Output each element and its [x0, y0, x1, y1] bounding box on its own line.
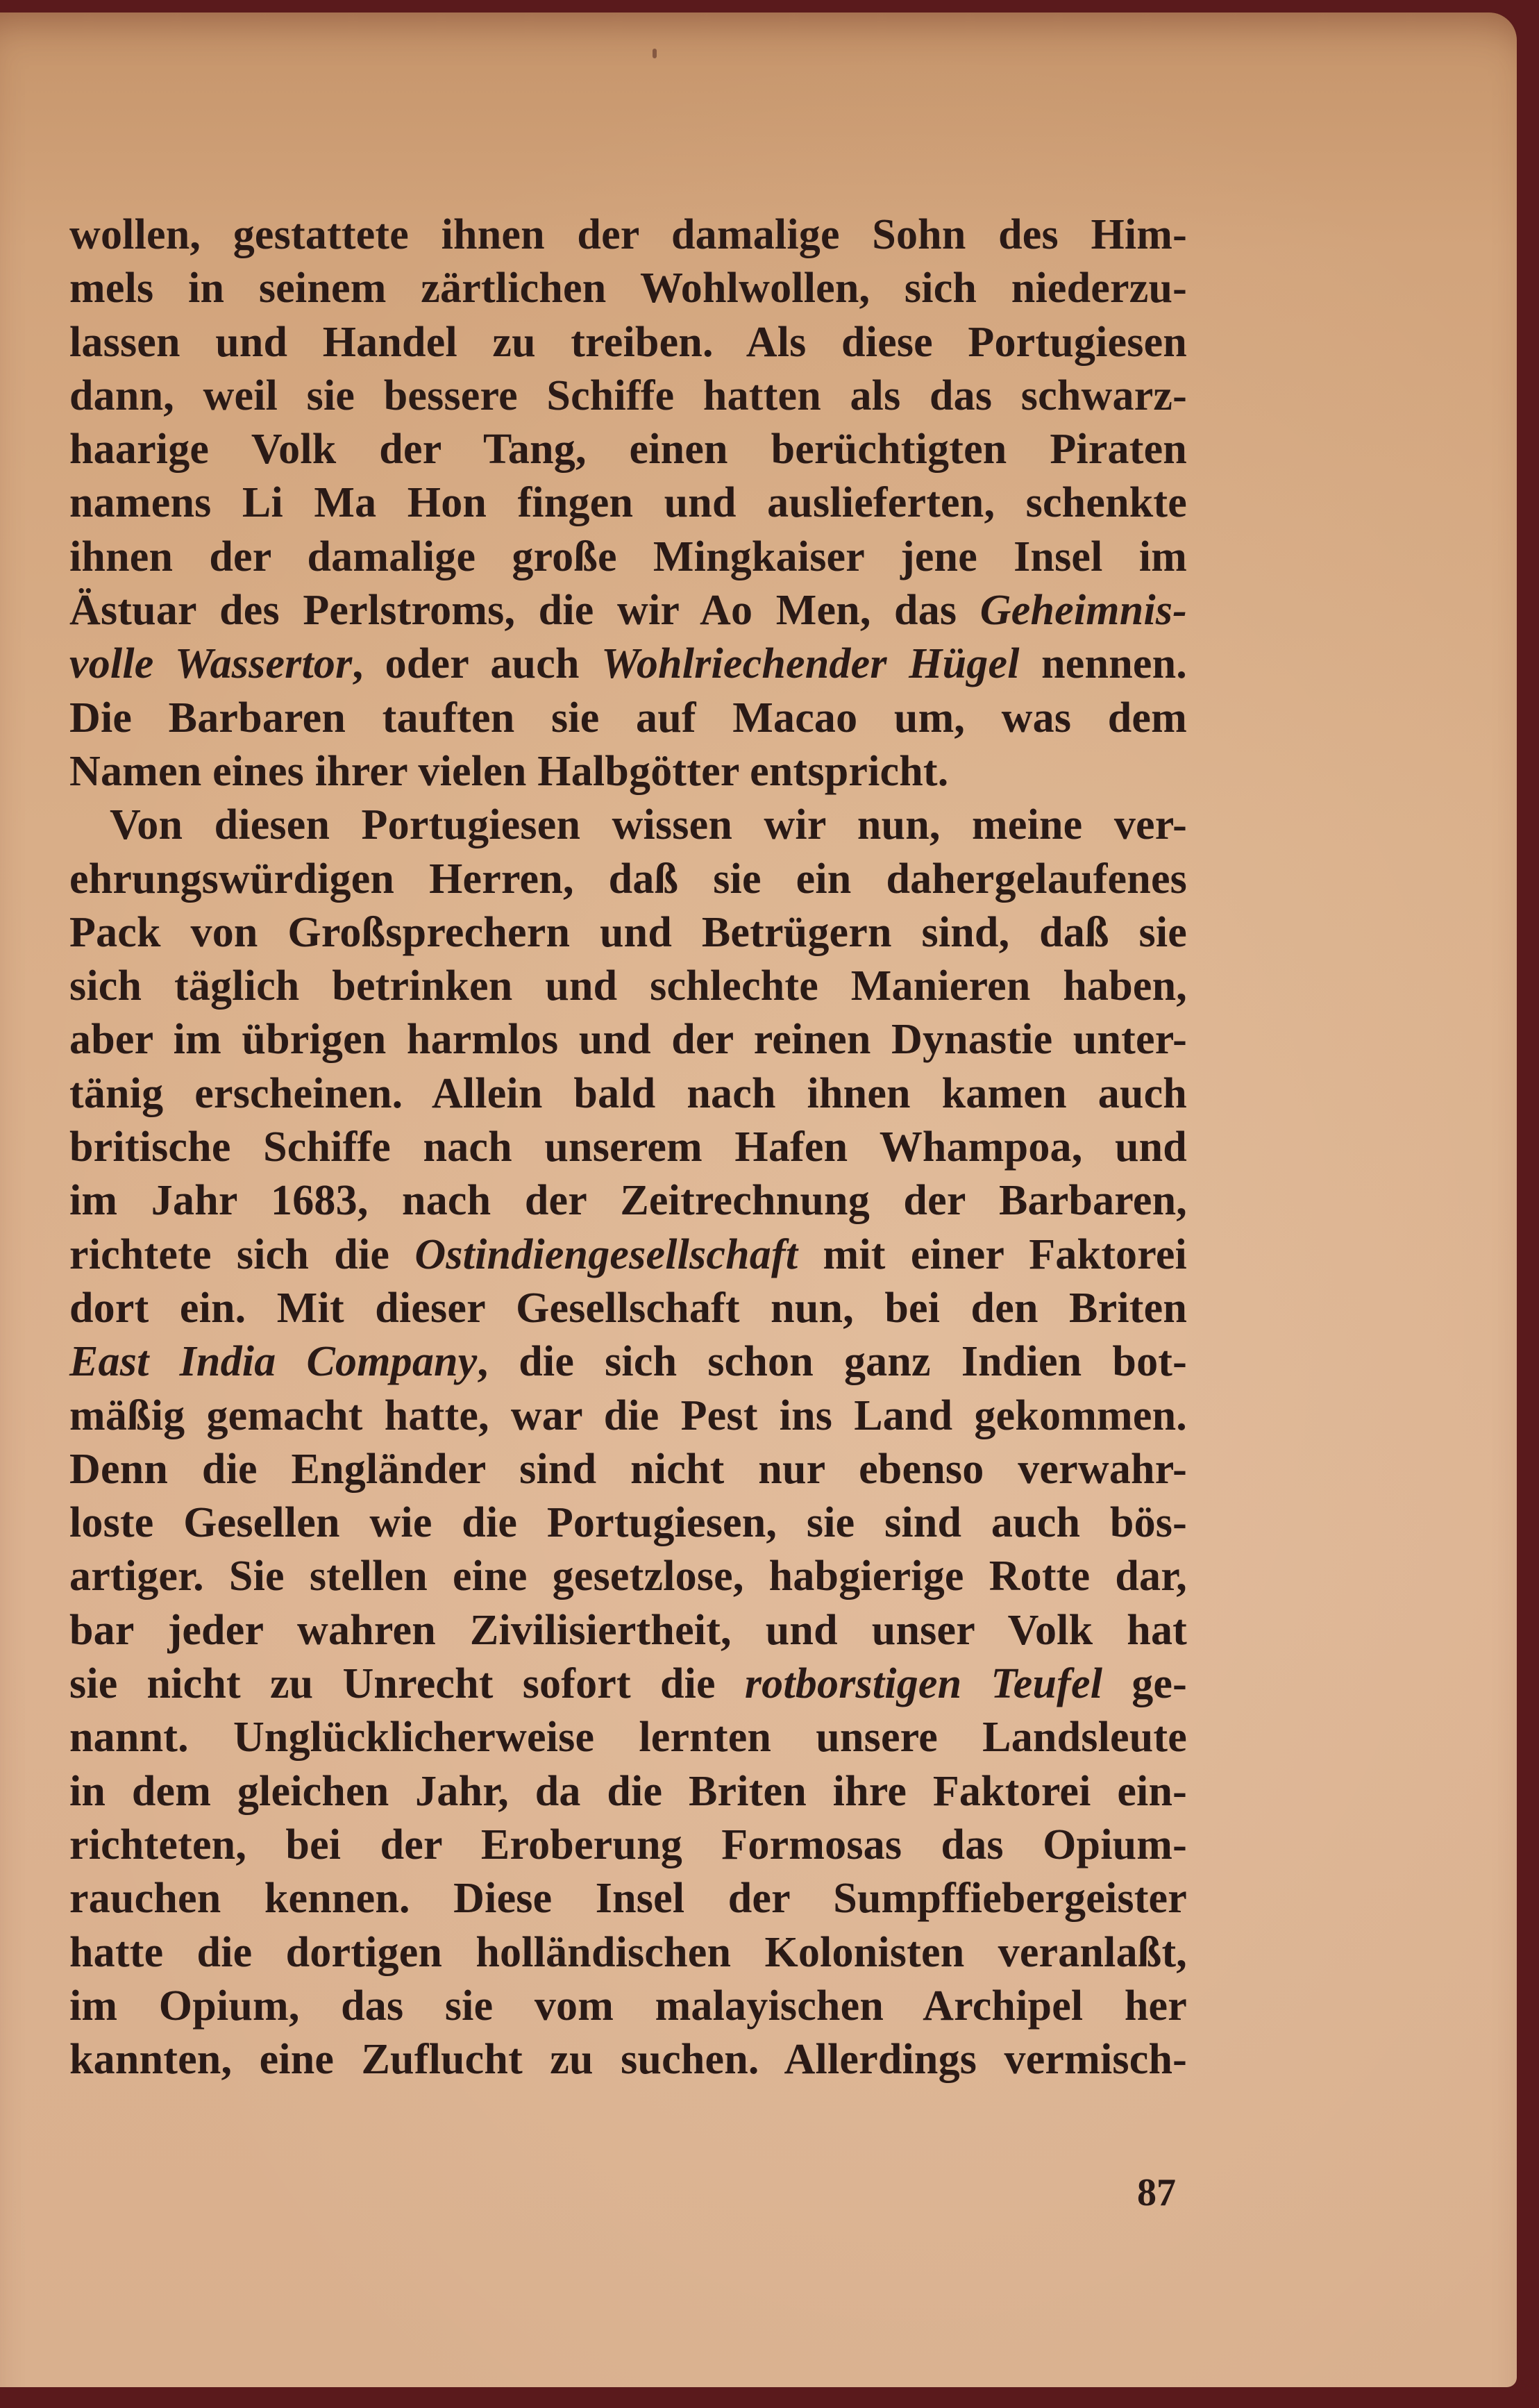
text-line: tänig erscheinen. Allein bald nach ihnen…	[69, 1067, 1187, 1121]
text-run: kannten, eine Zuflucht zu suchen. Allerd…	[69, 2036, 1187, 2083]
text-run: sie nicht zu Unrecht sofort die	[69, 1660, 745, 1707]
text-run: Ästuar des Perlstroms, die wir Ao Men, d…	[69, 587, 980, 634]
body-text: wollen, gestattete ihnen der damalige So…	[69, 208, 1187, 2087]
text-run: mäßig gemacht hatte, war die Pest ins La…	[69, 1392, 1187, 1439]
text-line: sich täglich betrinken und schlechte Man…	[69, 960, 1187, 1013]
text-line: richtete sich die Ostindiengesellschaft …	[69, 1228, 1187, 1282]
text-line: Pack von Großsprechern und Betrügern sin…	[69, 906, 1187, 960]
text-run: , oder auch	[352, 640, 601, 687]
text-line: Die Barbaren tauften sie auf Macao um, w…	[69, 692, 1187, 745]
text-run: Denn die Engländer sind nicht nur ebenso…	[69, 1446, 1187, 1493]
text-run: nennen.	[1020, 640, 1187, 687]
text-run: ehrungswürdigen Herren, daß sie ein dahe…	[69, 855, 1187, 903]
book-page: wollen, gestattete ihnen der damalige So…	[0, 12, 1517, 2387]
text-line: namens Li Ma Hon fingen und auslieferten…	[69, 476, 1187, 530]
text-run: nannt. Unglücklicherweise lernten unsere…	[69, 1714, 1187, 1761]
text-line: ihnen der damalige große Mingkaiser jene…	[69, 530, 1187, 584]
text-run: mit einer Faktorei	[798, 1231, 1187, 1278]
text-run: mels in seinem zärtlichen Wohlwollen, si…	[69, 265, 1187, 312]
text-line: hatte die dortigen holländischen Kolonis…	[69, 1926, 1187, 1980]
text-line: im Jahr 1683, nach der Zeitrechnung der …	[69, 1174, 1187, 1228]
paper-speck	[653, 49, 657, 58]
text-line: haarige Volk der Tang, einen berüchtigte…	[69, 423, 1187, 476]
italic-phrase: rotborstigen Teufel	[745, 1660, 1102, 1707]
text-line: richteten, bei der Eroberung Formosas da…	[69, 1818, 1187, 1872]
text-line: kannten, eine Zuflucht zu suchen. Allerd…	[69, 2033, 1187, 2087]
text-run: bar jeder wahren Zivilisiertheit, und un…	[69, 1607, 1187, 1654]
text-run: dann, weil sie bessere Schiffe hatten al…	[69, 372, 1187, 419]
text-run: Die Barbaren tauften sie auf Macao um, w…	[69, 694, 1187, 742]
text-line: ehrungswürdigen Herren, daß sie ein dahe…	[69, 853, 1187, 906]
text-run: ge-	[1102, 1660, 1187, 1707]
italic-phrase: East India Company	[69, 1338, 477, 1385]
text-line: nannt. Unglücklicherweise lernten unsere…	[69, 1711, 1187, 1764]
text-line: East India Company, die sich schon ganz …	[69, 1335, 1187, 1389]
italic-phrase: Wohlriechender Hügel	[601, 640, 1020, 687]
text-line: Namen eines ihrer vielen Halbgötter ents…	[69, 745, 1187, 799]
text-line: wollen, gestattete ihnen der damalige So…	[69, 208, 1187, 262]
text-line: Von diesen Portugiesen wissen wir nun, m…	[69, 799, 1187, 852]
text-run: rauchen kennen. Diese Insel der Sumpffie…	[69, 1875, 1187, 1922]
text-run: wollen, gestattete ihnen der damalige So…	[69, 211, 1187, 258]
text-run: haarige Volk der Tang, einen berüchtigte…	[69, 426, 1187, 473]
page-number: 87	[1137, 2171, 1176, 2215]
text-line: dann, weil sie bessere Schiffe hatten al…	[69, 369, 1187, 423]
text-run: britische Schiffe nach unserem Hafen Wha…	[69, 1123, 1187, 1171]
italic-phrase: volle Wassertor	[69, 640, 352, 687]
text-run: sich täglich betrinken und schlechte Man…	[69, 962, 1187, 1010]
text-run: namens Li Ma Hon fingen und auslieferten…	[69, 479, 1187, 526]
text-run: richteten, bei der Eroberung Formosas da…	[69, 1821, 1187, 1868]
text-line: volle Wassertor, oder auch Wohlriechende…	[69, 637, 1187, 691]
text-run: dort ein. Mit dieser Gesellschaft nun, b…	[69, 1285, 1187, 1332]
text-run: im Opium, das sie vom malayischen Archip…	[69, 1982, 1187, 2030]
text-line: mels in seinem zärtlichen Wohlwollen, si…	[69, 262, 1187, 315]
text-run: Namen eines ihrer vielen Halbgötter ents…	[69, 748, 948, 795]
text-line: Ästuar des Perlstroms, die wir Ao Men, d…	[69, 584, 1187, 637]
text-run: hatte die dortigen holländischen Kolonis…	[69, 1929, 1187, 1976]
text-run: loste Gesellen wie die Portugiesen, sie …	[69, 1499, 1187, 1546]
text-line: sie nicht zu Unrecht sofort die rotborst…	[69, 1657, 1187, 1711]
text-line: britische Schiffe nach unserem Hafen Wha…	[69, 1121, 1187, 1174]
text-line: in dem gleichen Jahr, da die Briten ihre…	[69, 1765, 1187, 1818]
text-run: lassen und Handel zu treiben. Als diese …	[69, 319, 1187, 366]
text-line: mäßig gemacht hatte, war die Pest ins La…	[69, 1389, 1187, 1443]
text-run: aber im übrigen harmlos und der reinen D…	[69, 1016, 1187, 1063]
text-line: rauchen kennen. Diese Insel der Sumpffie…	[69, 1872, 1187, 1925]
italic-phrase: Geheimnis-	[980, 587, 1187, 634]
text-run: Von diesen Portugiesen wissen wir nun, m…	[110, 801, 1187, 848]
text-line: dort ein. Mit dieser Gesellschaft nun, b…	[69, 1282, 1187, 1335]
text-run: ihnen der damalige große Mingkaiser jene…	[69, 533, 1187, 580]
italic-phrase: Ostindiengesellschaft	[414, 1231, 798, 1278]
text-line: loste Gesellen wie die Portugiesen, sie …	[69, 1496, 1187, 1550]
text-line: im Opium, das sie vom malayischen Archip…	[69, 1980, 1187, 2033]
text-run: richtete sich die	[69, 1231, 414, 1278]
text-run: , die sich schon ganz Indien bot-	[477, 1338, 1187, 1385]
text-line: Denn die Engländer sind nicht nur ebenso…	[69, 1443, 1187, 1496]
text-line: artiger. Sie stellen eine gesetzlose, ha…	[69, 1550, 1187, 1603]
text-run: in dem gleichen Jahr, da die Briten ihre…	[69, 1768, 1187, 1815]
text-run: artiger. Sie stellen eine gesetzlose, ha…	[69, 1553, 1187, 1600]
text-run: im Jahr 1683, nach der Zeitrechnung der …	[69, 1177, 1187, 1224]
text-run: Pack von Großsprechern und Betrügern sin…	[69, 909, 1187, 956]
text-run: tänig erscheinen. Allein bald nach ihnen…	[69, 1070, 1187, 1117]
text-line: lassen und Handel zu treiben. Als diese …	[69, 316, 1187, 369]
text-line: aber im übrigen harmlos und der reinen D…	[69, 1013, 1187, 1067]
text-line: bar jeder wahren Zivilisiertheit, und un…	[69, 1604, 1187, 1657]
